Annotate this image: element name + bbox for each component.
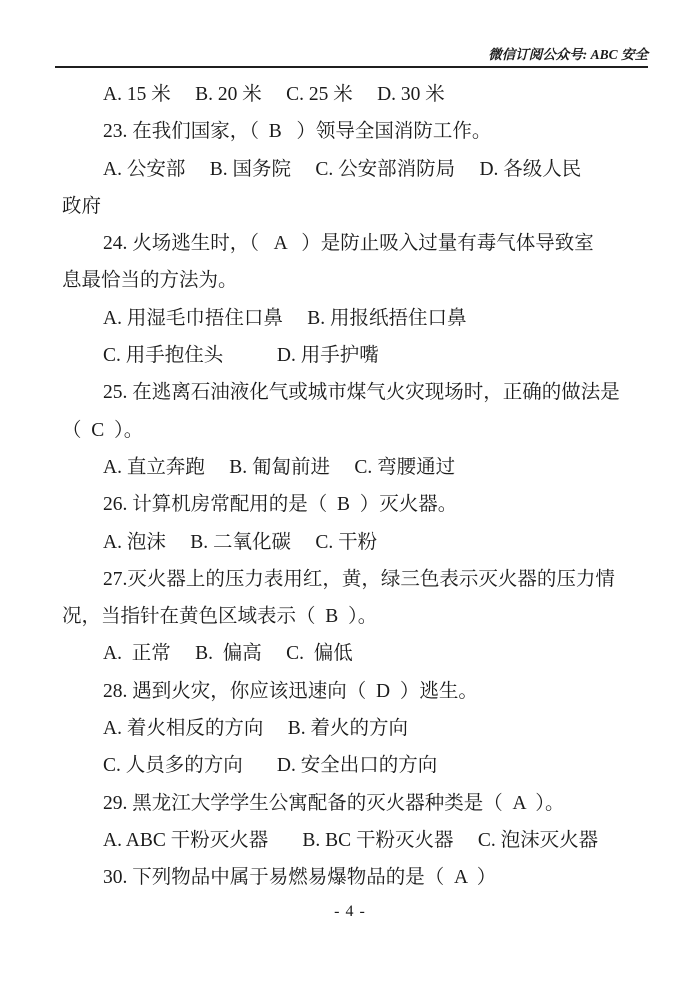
text-line: A. 直立奔跑 B. 匍匐前进 C. 弯腰通过 [62, 449, 650, 486]
text-line: A. 用湿毛巾捂住口鼻 B. 用报纸捂住口鼻 [62, 300, 650, 337]
page-number: - 4 - [0, 903, 700, 921]
text-line: 30. 下列物品中属于易燃易爆物品的是（ A ） [62, 859, 650, 896]
text-line: A. 15 米 B. 20 米 C. 25 米 D. 30 米 [62, 76, 650, 113]
text-line: 28. 遇到火灾，你应该迅速向（ D ）逃生。 [62, 673, 650, 710]
header-divider [55, 66, 648, 68]
text-line: A. 公安部 B. 国务院 C. 公安部消防局 D. 各级人民 [62, 151, 650, 188]
text-line: A. 正常 B. 偏高 C. 偏低 [62, 635, 650, 672]
document-body: A. 15 米 B. 20 米 C. 25 米 D. 30 米 23. 在我们国… [62, 76, 650, 897]
text-line: A. 泡沫 B. 二氧化碳 C. 干粉 [62, 524, 650, 561]
text-line: C. 用手抱住头 D. 用手护嘴 [62, 337, 650, 374]
text-line: 23. 在我们国家，（ B ）领导全国消防工作。 [62, 113, 650, 150]
text-line: C. 人员多的方向 D. 安全出口的方向 [62, 747, 650, 784]
header-publisher: 微信订阅公众号: ABC 安全 [488, 43, 648, 63]
text-line: A. ABC 干粉灭火器 B. BC 干粉灭火器 C. 泡沫灭火器 [62, 822, 650, 859]
text-line: 政府 [62, 188, 650, 225]
text-line: （ C ）。 [62, 412, 650, 449]
text-line: 况，当指针在黄色区域表示（ B ）。 [62, 598, 650, 635]
text-line: 息最恰当的方法为。 [62, 262, 650, 299]
text-line: 24. 火场逃生时，（ A ）是防止吸入过量有毒气体导致室 [62, 225, 650, 262]
text-line: 27.灭火器上的压力表用红，黄，绿三色表示灭火器的压力情 [62, 561, 650, 598]
text-line: 25. 在逃离石油液化气或城市煤气火灾现场时，正确的做法是 [62, 374, 650, 411]
document-page: 微信订阅公众号: ABC 安全 A. 15 米 B. 20 米 C. 25 米 … [0, 0, 700, 990]
text-line: 29. 黑龙江大学学生公寓配备的灭火器种类是（ A ）。 [62, 785, 650, 822]
text-line: 26. 计算机房常配用的是（ B ）灭火器。 [62, 486, 650, 523]
text-line: A. 着火相反的方向 B. 着火的方向 [62, 710, 650, 747]
